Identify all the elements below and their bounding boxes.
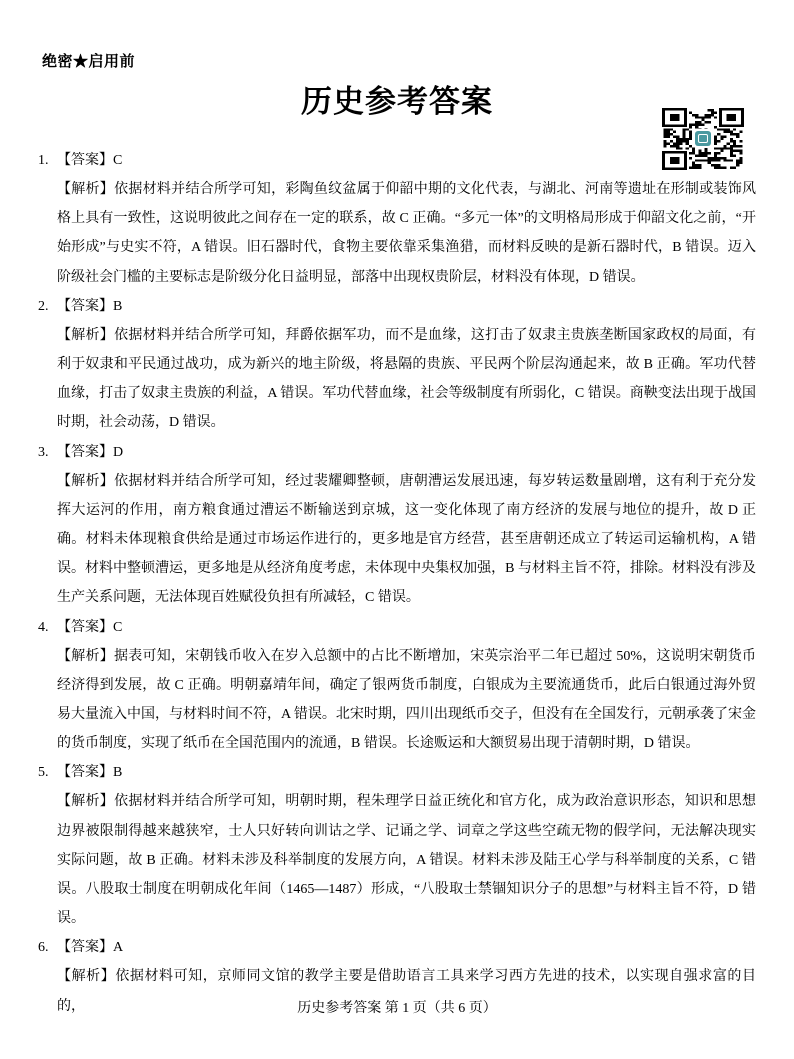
answer-label: 【答案】 [57, 445, 113, 460]
answer-value: D [113, 445, 123, 460]
analysis-label: 【解析】 [57, 794, 114, 809]
answer-line: 【答案】C [57, 146, 756, 175]
question-number: 6. [38, 933, 57, 962]
question-3: 3. 【答案】D 【解析】依据材料并结合所学可知，经过裴耀卿整顿，唐朝漕运发展迅… [38, 438, 756, 613]
analysis-label: 【解析】 [57, 474, 114, 489]
analysis-paragraph: 【解析】据表可知，宋朝钱币收入在岁入总额中的占比不断增加，宋英宗治平二年已超过 … [57, 642, 756, 759]
question-number: 5. [38, 758, 57, 787]
answer-value: B [113, 299, 122, 314]
answer-label: 【答案】 [57, 765, 113, 780]
analysis-label: 【解析】 [57, 649, 114, 664]
question-number: 4. [38, 613, 57, 642]
question-number: 1. [38, 146, 57, 175]
question-number: 2. [38, 292, 57, 321]
answer-line: 【答案】A [57, 933, 756, 962]
answer-value: A [113, 940, 123, 955]
question-1: 1. 【答案】C 【解析】依据材料并结合所学可知，彩陶鱼纹盆属于仰韶中期的文化代… [38, 146, 756, 292]
analysis-label: 【解析】 [57, 969, 115, 984]
analysis-paragraph: 【解析】依据材料并结合所学可知，拜爵依据军功，而不是血缘，这打击了奴隶主贵族垄断… [57, 321, 756, 438]
answer-line: 【答案】D [57, 438, 756, 467]
answer-line: 【答案】B [57, 292, 756, 321]
question-4: 4. 【答案】C 【解析】据表可知，宋朝钱币收入在岁入总额中的占比不断增加，宋英… [38, 613, 756, 759]
answer-line: 【答案】B [57, 758, 756, 787]
answer-label: 【答案】 [57, 940, 113, 955]
qr-logo-icon [695, 131, 711, 146]
answer-sheet-page: 绝密★启用前 历史参考答案 1. 【答案】C 【解析】依据材料并结合所学可知，彩… [0, 0, 794, 1059]
question-number: 3. [38, 438, 57, 467]
analysis-text: 据表可知，宋朝钱币收入在岁入总额中的占比不断增加，宋英宗治平二年已超过 50%，… [57, 649, 756, 751]
analysis-text: 依据材料并结合所学可知，明朝时期，程朱理学日益正统化和官方化，成为政治意识形态，… [57, 794, 756, 926]
answer-value: B [113, 765, 122, 780]
question-5: 5. 【答案】B 【解析】依据材料并结合所学可知，明朝时期，程朱理学日益正统化和… [38, 758, 756, 933]
answer-value: C [113, 153, 122, 168]
answer-label: 【答案】 [57, 153, 113, 168]
analysis-text: 依据材料并结合所学可知，彩陶鱼纹盆属于仰韶中期的文化代表，与湖北、河南等遗址在形… [57, 182, 756, 284]
question-2: 2. 【答案】B 【解析】依据材料并结合所学可知，拜爵依据军功，而不是血缘，这打… [38, 292, 756, 438]
analysis-text: 依据材料并结合所学可知，拜爵依据军功，而不是血缘，这打击了奴隶主贵族垄断国家政权… [57, 328, 756, 430]
analysis-paragraph: 【解析】依据材料并结合所学可知，明朝时期，程朱理学日益正统化和官方化，成为政治意… [57, 787, 756, 933]
answer-label: 【答案】 [57, 299, 113, 314]
analysis-label: 【解析】 [57, 182, 114, 197]
page-footer: 历史参考答案 第 1 页（共 6 页） [0, 997, 794, 1017]
qr-logo-glyph [698, 134, 708, 143]
analysis-paragraph: 【解析】依据材料并结合所学可知，彩陶鱼纹盆属于仰韶中期的文化代表，与湖北、河南等… [57, 175, 756, 292]
analysis-label: 【解析】 [57, 328, 114, 343]
analysis-text: 依据材料并结合所学可知，经过裴耀卿整顿，唐朝漕运发展迅速，每岁转运数量剧增，这有… [57, 474, 756, 606]
answer-label: 【答案】 [57, 620, 113, 635]
analysis-paragraph: 【解析】依据材料并结合所学可知，经过裴耀卿整顿，唐朝漕运发展迅速，每岁转运数量剧… [57, 467, 756, 613]
answers-list: 1. 【答案】C 【解析】依据材料并结合所学可知，彩陶鱼纹盆属于仰韶中期的文化代… [38, 146, 756, 1021]
security-label: 绝密★启用前 [42, 50, 135, 71]
answer-line: 【答案】C [57, 613, 756, 642]
answer-value: C [113, 620, 122, 635]
